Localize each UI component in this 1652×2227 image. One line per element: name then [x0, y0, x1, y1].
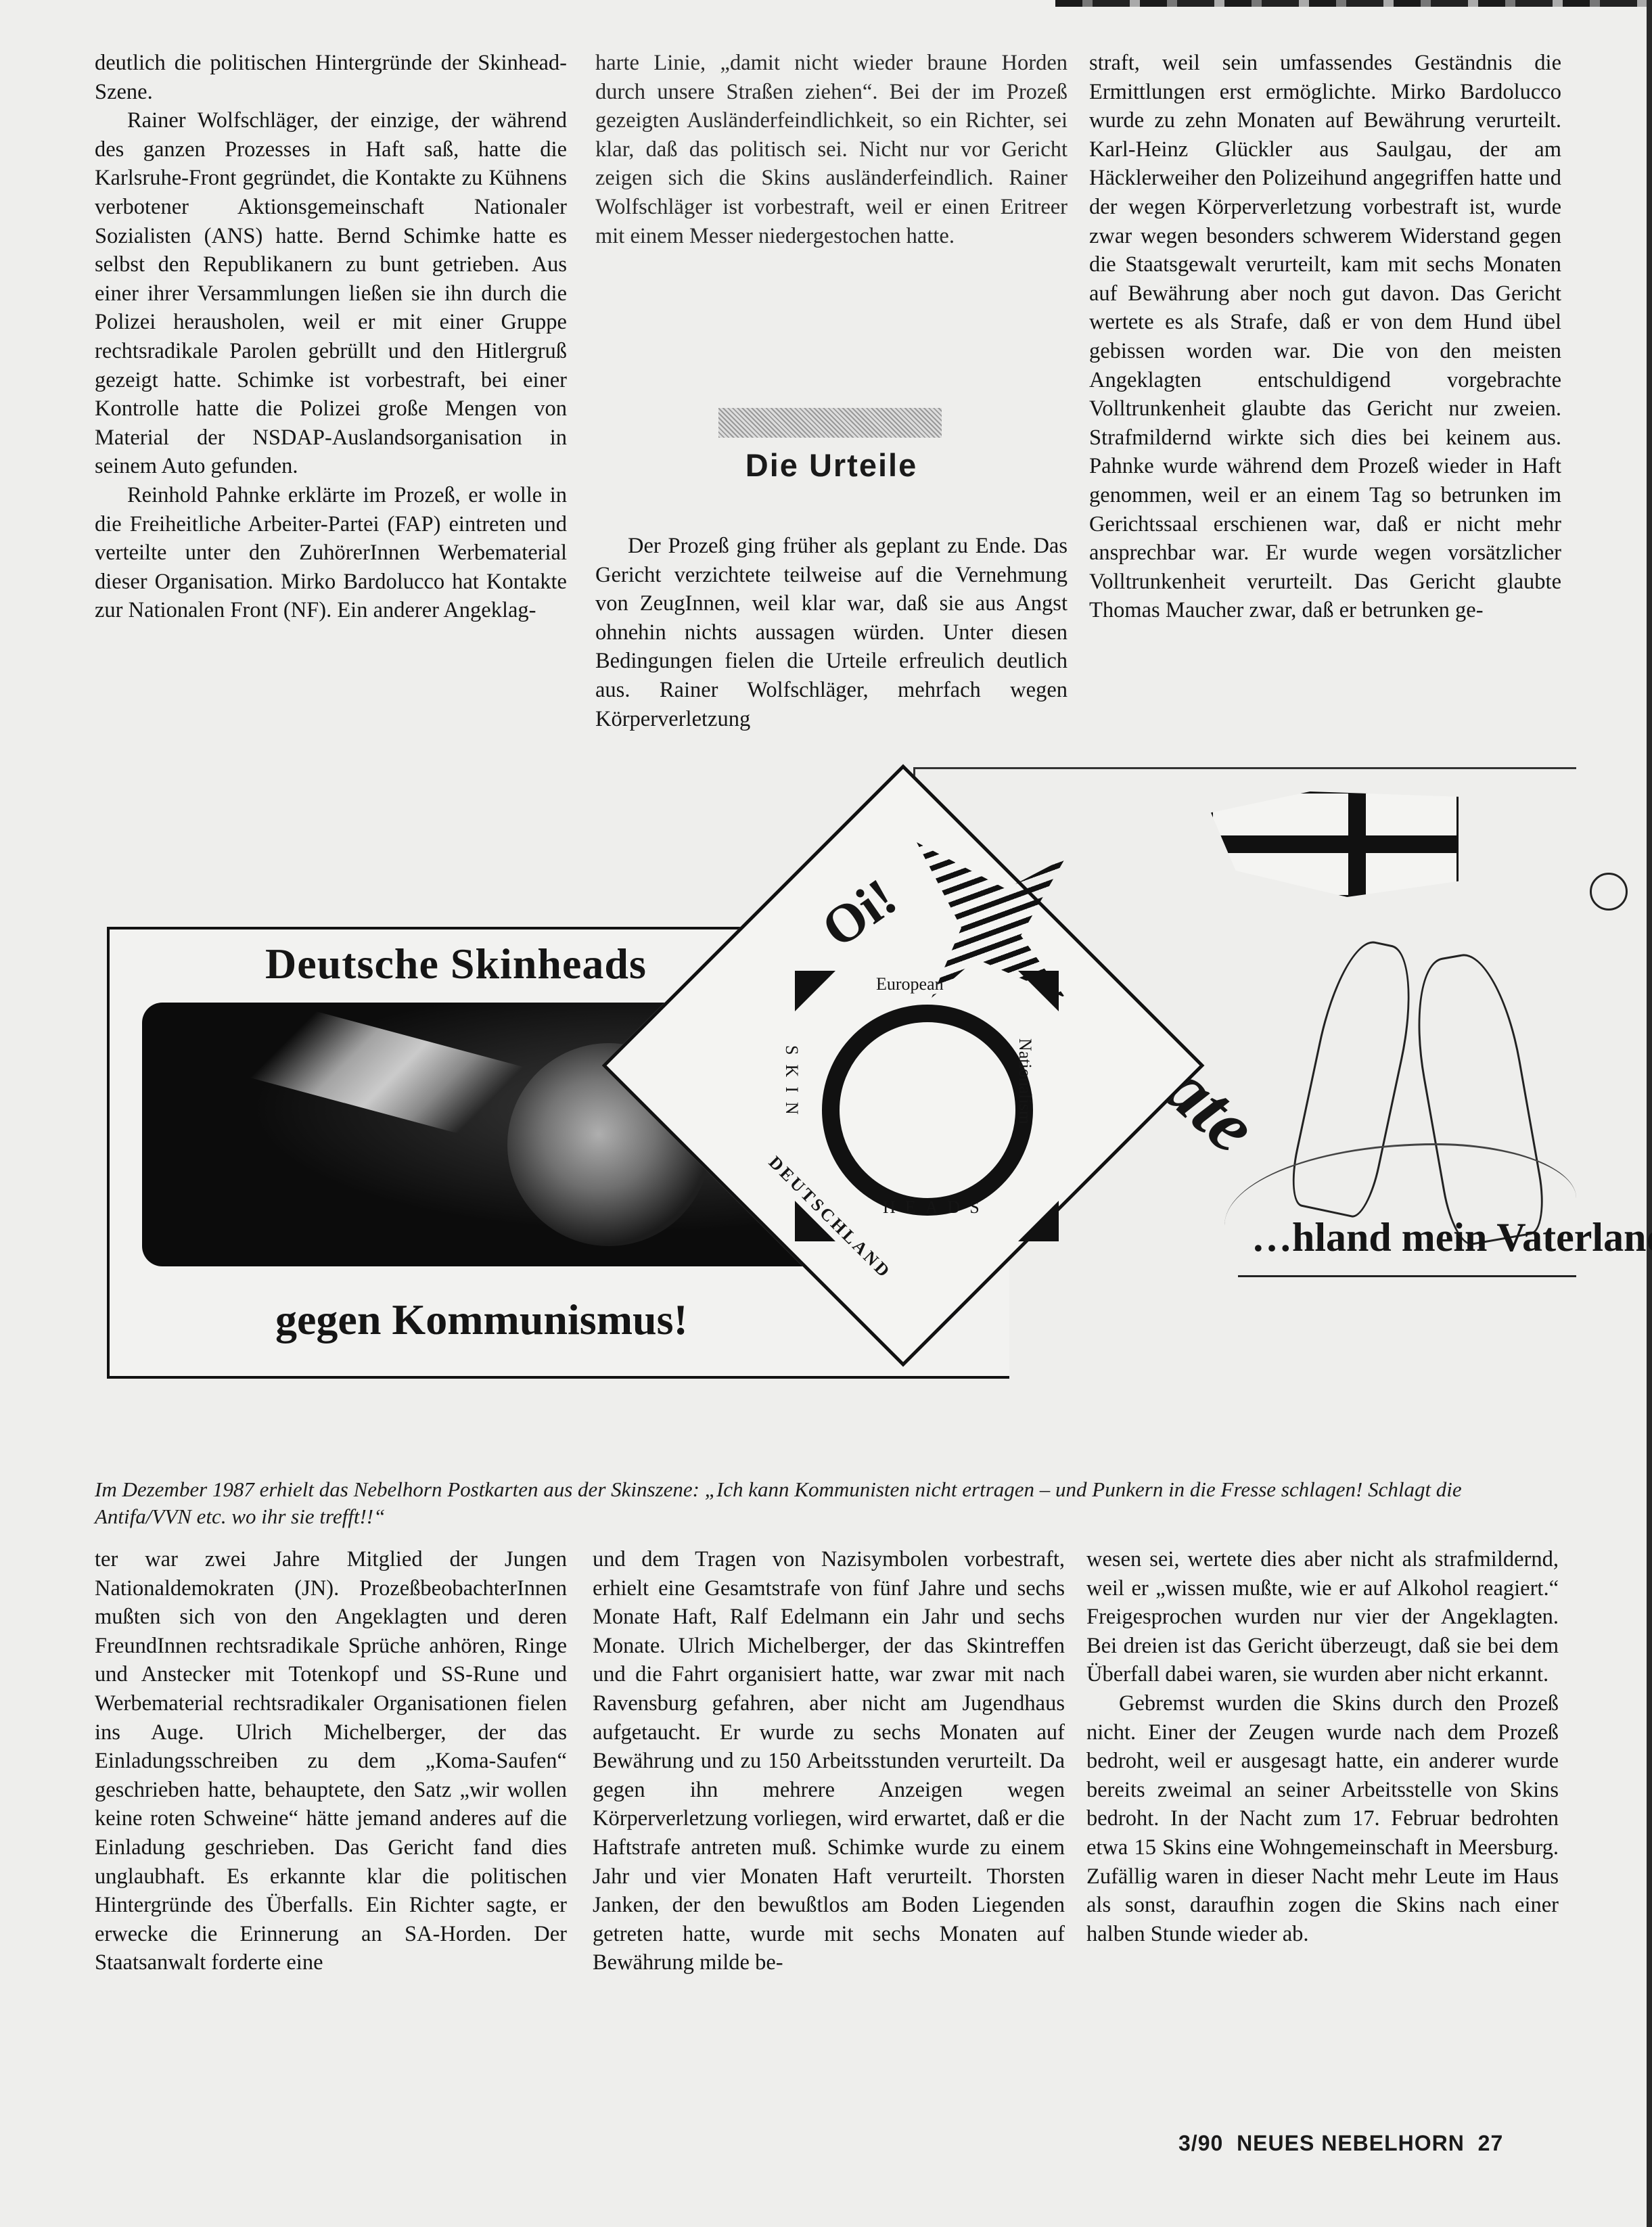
article-column-1-bottom: ter war zwei Jahre Mitglied der Jungen N…	[95, 1545, 567, 1977]
section-heading: Die Urteile	[595, 446, 1068, 484]
flag-drawing	[1211, 791, 1459, 897]
paragraph: harte Linie, „damit nicht wieder braune …	[595, 49, 1068, 250]
page-footer: 3/90 NEUES NEBELHORN 27	[1178, 2131, 1503, 2156]
paragraph: deutlich die politischen Hintergründe de…	[95, 49, 567, 106]
arrow-icon	[795, 971, 835, 1011]
postcard-bottom-text: …hland mein Vaterland	[1252, 1214, 1652, 1261]
figure-head-drawing	[1590, 873, 1628, 911]
flag-cross-bar	[1348, 794, 1366, 895]
paragraph: straft, weil sein umfassendes Geständnis…	[1089, 49, 1561, 625]
scan-edge-strip	[1055, 0, 1652, 7]
heading-decoration-bar	[718, 408, 942, 438]
boot-ring-icon	[822, 1005, 1033, 1216]
article-column-3-top: straft, weil sein umfassendes Geständnis…	[1089, 49, 1561, 625]
article-column-2-after-heading: Der Prozeß ging früher als geplant zu En…	[595, 532, 1068, 733]
postcards-illustration: Deutsche Skinheads gegen Kommunismus! Fo…	[101, 764, 1583, 1468]
arrow-icon	[1018, 971, 1059, 1011]
emblem-content: Oi! European Nationalism HEADS SKIN DEUT…	[693, 856, 1113, 1275]
arrow-icon	[1018, 1201, 1059, 1241]
paragraph: und dem Tragen von Nazisymbolen vorbestr…	[593, 1545, 1065, 1977]
article-column-2-top: harte Linie, „damit nicht wieder braune …	[595, 49, 1068, 250]
postcard-title: Deutsche Skinheads	[265, 939, 647, 989]
ring-label: European	[876, 974, 944, 994]
ring-label: HEADS	[883, 1197, 989, 1218]
ring-label: SKIN	[781, 1045, 802, 1124]
paragraph: wesen sei, wertete dies aber nicht als s…	[1086, 1545, 1559, 1689]
publication-name: NEUES NEBELHORN	[1237, 2131, 1465, 2155]
article-column-1-top: deutlich die politischen Hintergründe de…	[95, 49, 567, 625]
page-number: 27	[1478, 2131, 1504, 2155]
paragraph: Reinhold Pahnke erklärte im Prozeß, er w…	[95, 481, 567, 625]
image-caption: Im Dezember 1987 erhielt das Nebelhorn P…	[95, 1476, 1556, 1530]
article-column-3-bottom: wesen sei, wertete dies aber nicht als s…	[1086, 1545, 1559, 1948]
photo-arm-shape	[231, 994, 527, 1147]
article-column-2-bottom: und dem Tragen von Nazisymbolen vorbestr…	[593, 1545, 1065, 1977]
scan-right-edge	[1647, 0, 1652, 2227]
paragraph: ter war zwei Jahre Mitglied der Jungen N…	[95, 1545, 567, 1977]
ring-label: Nationalism	[1015, 1038, 1035, 1124]
paragraph: Gebremst wurden die Skins durch den Proz…	[1086, 1689, 1559, 1948]
frame-line	[1238, 1275, 1576, 1277]
emblem-slogan: Oi!	[811, 867, 908, 960]
frame-line	[913, 767, 1576, 769]
paragraph: Rainer Wolfschläger, der einzige, der wä…	[95, 106, 567, 481]
issue-number: 3/90	[1178, 2131, 1223, 2155]
postcard-subtitle: gegen Kommunismus!	[275, 1295, 688, 1345]
paragraph: Der Prozeß ging früher als geplant zu En…	[595, 532, 1068, 733]
flag-cross-bar	[1213, 835, 1456, 853]
